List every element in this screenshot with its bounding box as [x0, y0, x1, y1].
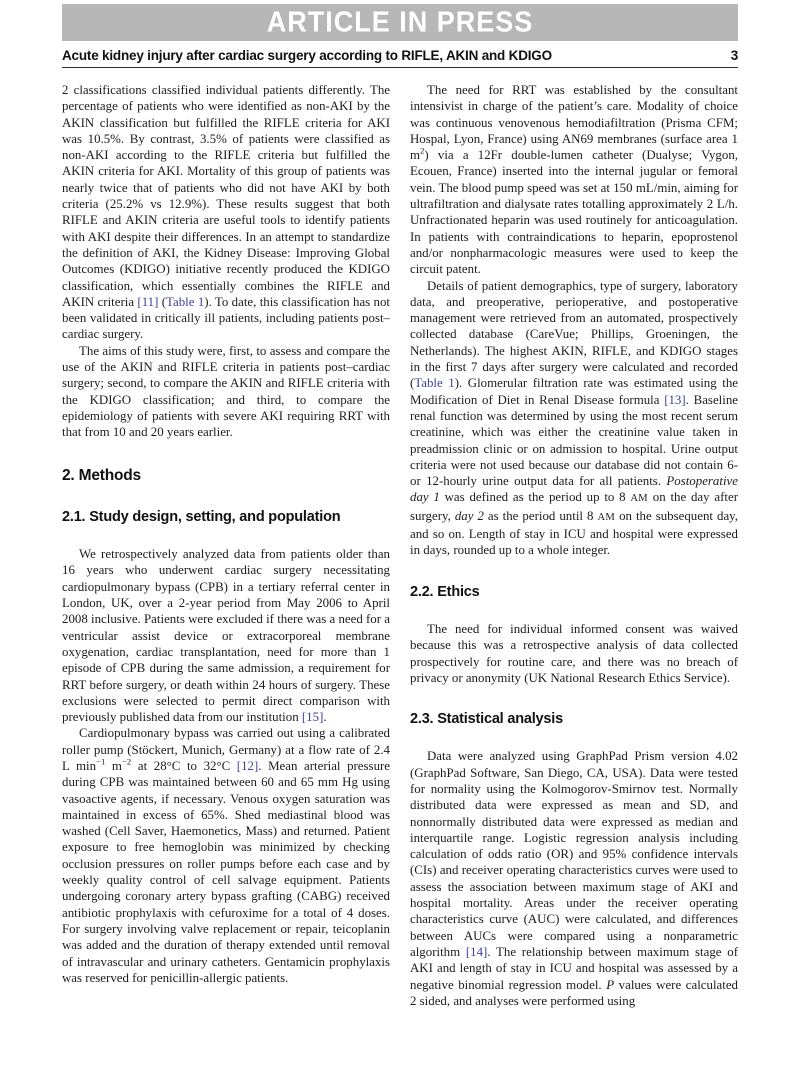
italic-text: Postoperative day 1: [410, 474, 738, 504]
section-heading: 2.1. Study design, setting, and populati…: [62, 509, 390, 525]
italic-text: P: [606, 978, 614, 992]
paragraph: Data were analyzed using GraphPad Prism …: [410, 748, 738, 1009]
paragraph: Cardiopulmonary bypass was carried out u…: [62, 725, 390, 986]
citation-link[interactable]: [14]: [466, 945, 487, 959]
paragraph: The need for individual informed consent…: [410, 621, 738, 686]
smallcaps-text: AM: [630, 493, 648, 504]
paragraph: The aims of this study were, first, to a…: [62, 343, 390, 441]
running-head-title: Acute kidney injury after cardiac surger…: [62, 48, 552, 63]
article-page: ARTICLE IN PRESS Acute kidney injury aft…: [0, 0, 800, 1067]
smallcaps-text: AM: [597, 512, 615, 523]
section-heading: 2.3. Statistical analysis: [410, 711, 738, 727]
running-head: Acute kidney injury after cardiac surger…: [62, 48, 738, 68]
superscript-text: −1: [96, 757, 105, 767]
paragraph: Details of patient demographics, type of…: [410, 278, 738, 559]
section-heading: 2. Methods: [62, 468, 390, 484]
left-column: 2 classifications classified individual …: [62, 82, 390, 1009]
citation-link[interactable]: [13]: [664, 393, 685, 407]
citation-link[interactable]: [12]: [237, 759, 258, 773]
superscript-text: 2: [420, 146, 424, 156]
citation-link[interactable]: Table 1: [414, 376, 454, 390]
paragraph: We retrospectively analyzed data from pa…: [62, 546, 390, 725]
citation-link[interactable]: [15]: [302, 710, 323, 724]
banner-title: ARTICLE IN PRESS: [267, 6, 534, 39]
citation-link[interactable]: Table 1: [166, 295, 204, 309]
article-in-press-banner: ARTICLE IN PRESS: [62, 4, 738, 41]
italic-text: day 2: [455, 509, 484, 523]
two-column-body: 2 classifications classified individual …: [62, 82, 738, 1009]
citation-link[interactable]: [11]: [137, 295, 158, 309]
superscript-text: −2: [122, 757, 131, 767]
paragraph: The need for RRT was established by the …: [410, 82, 738, 278]
paragraph: 2 classifications classified individual …: [62, 82, 390, 343]
right-column: The need for RRT was established by the …: [410, 82, 738, 1009]
section-heading: 2.2. Ethics: [410, 584, 738, 600]
page-number: 3: [731, 48, 738, 63]
